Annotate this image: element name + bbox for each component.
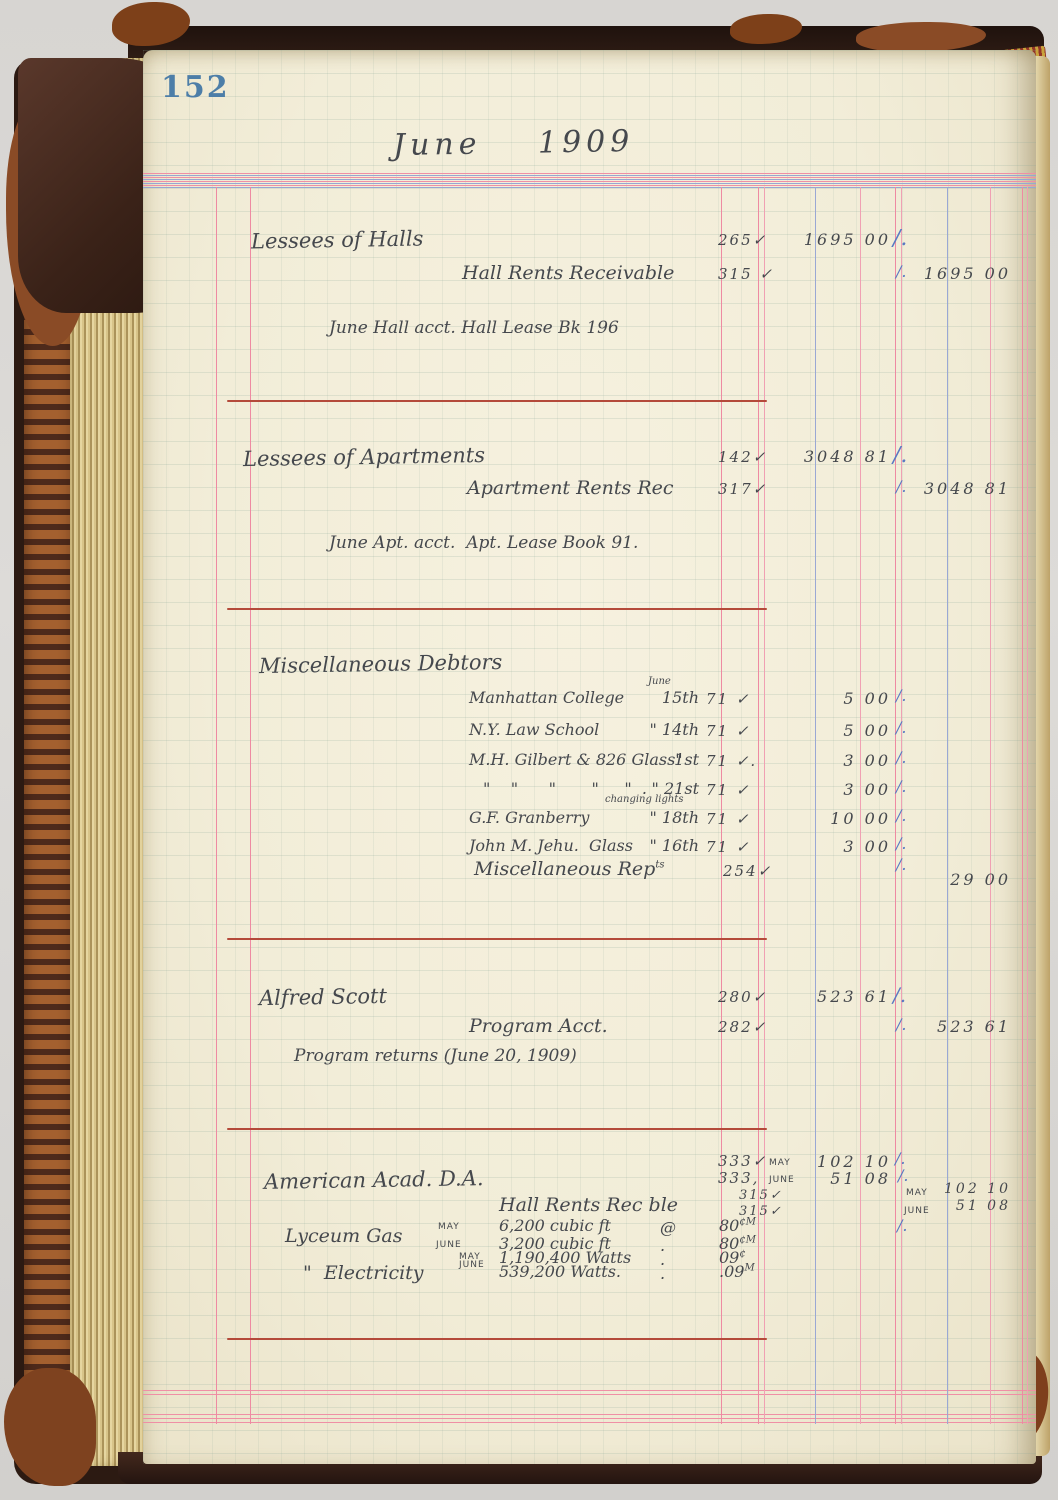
entry-separator xyxy=(227,608,767,610)
folio-number: 333, xyxy=(718,1169,759,1187)
page-number: 152 xyxy=(161,70,230,105)
rate-unit: ¢M xyxy=(739,1217,756,1228)
header-rule-band xyxy=(143,173,1036,188)
book-spine-stripes xyxy=(24,290,74,1462)
column-rule xyxy=(815,187,816,1424)
gutter-page-edge xyxy=(1034,56,1050,1456)
rate-unit: ¢ xyxy=(739,1249,745,1260)
folio-number: 333✓ xyxy=(718,1152,767,1170)
folio-number: 71 ✓ xyxy=(706,690,750,708)
month-label: MAY xyxy=(438,1222,460,1232)
posting-tick: ∕. xyxy=(896,806,906,825)
account-name: Lessees of Halls xyxy=(251,226,424,253)
folio-number: 280✓ xyxy=(718,988,767,1006)
posting-tick: ∕. xyxy=(893,983,906,1007)
usage-quantity: 6,200 cubic ft xyxy=(499,1216,611,1235)
column-rule xyxy=(764,187,765,1424)
debit-amount: 51 08 xyxy=(763,1169,891,1188)
debit-amount: 3 00 xyxy=(763,837,891,856)
column-rule xyxy=(860,187,861,1424)
item-date: " 18th xyxy=(595,808,699,827)
month-label: JUNE xyxy=(459,1260,485,1270)
rate-number: 80 xyxy=(719,1216,739,1235)
entry-separator xyxy=(227,1128,767,1130)
item-note: changing lights xyxy=(605,794,683,805)
footer-rule-band xyxy=(143,1414,1036,1424)
posting-tick: ∕. xyxy=(896,777,906,796)
credit-amount: 1695 00 xyxy=(903,264,1011,283)
column-rule xyxy=(758,187,759,1424)
column-rule xyxy=(1022,187,1023,1424)
rate-value: 80¢M xyxy=(719,1216,756,1235)
folio-number: 282✓ xyxy=(718,1018,767,1036)
posting-tick: ∕. xyxy=(897,1216,907,1235)
account-name: American Acad. D.A. xyxy=(264,1166,484,1194)
debit-amount: 5 00 xyxy=(763,689,891,708)
debtor-name: N.Y. Law School xyxy=(469,720,599,739)
contra-account-name: Hall Rents Rec ble xyxy=(499,1194,678,1216)
entry-memo: June Apt. acct. Apt. Lease Book 91. xyxy=(329,533,638,553)
posting-tick: ∕. xyxy=(893,226,907,251)
account-name: Alfred Scott xyxy=(259,984,387,1010)
rate-unit: M xyxy=(744,1263,754,1274)
contra-text: Miscellaneous Rep xyxy=(474,858,655,880)
debtor-name: G.F. Granberry xyxy=(469,808,589,827)
item-date: 15th xyxy=(595,688,699,707)
contra-account-name: Apartment Rents Rec xyxy=(467,477,674,499)
utility-label: " Electricity xyxy=(303,1262,424,1284)
debit-amount: 5 00 xyxy=(763,721,891,740)
page-title: June 1909 xyxy=(393,124,635,163)
entry-separator xyxy=(227,400,767,402)
column-rule xyxy=(216,187,217,1424)
debit-amount: 3 00 xyxy=(763,751,891,770)
credit-amount: 523 61 xyxy=(903,1017,1011,1036)
contra-account-name: Miscellaneous Repts xyxy=(474,858,664,880)
debit-amount: 3048 81 xyxy=(763,447,891,466)
account-name: Miscellaneous Debtors xyxy=(259,650,503,678)
rate-unit: ¢M xyxy=(739,1235,756,1246)
item-date: 1st xyxy=(595,750,699,769)
posting-tick: ∕. xyxy=(893,443,907,468)
credit-amount: 51 08 xyxy=(903,1198,1011,1214)
posting-tick: ∕. xyxy=(896,686,906,705)
entry-separator xyxy=(227,1338,767,1340)
folio-number: 315✓ xyxy=(739,1188,783,1203)
debit-amount: 3 00 xyxy=(763,780,891,799)
posting-tick: ∕. xyxy=(896,718,906,737)
rate-separator: @ xyxy=(660,1218,676,1237)
folio-number: 265✓ xyxy=(718,231,767,249)
folio-number: 71 ✓ xyxy=(706,781,750,799)
folio-number: 315 ✓ xyxy=(718,265,774,283)
utility-label: Lyceum Gas xyxy=(285,1225,402,1247)
item-date: " 14th xyxy=(595,720,699,739)
folio-number: 317✓ xyxy=(718,480,767,498)
rate-number: .09 xyxy=(719,1262,744,1281)
folio-number: 71 ✓ xyxy=(706,810,750,828)
account-name: Lessees of Apartments xyxy=(243,443,485,471)
ledger-page: 152 June 1909 Lessees of Halls 265✓ 1695… xyxy=(143,50,1036,1464)
folio-number: 142✓ xyxy=(718,448,767,466)
contra-account-name: Program Acct. xyxy=(469,1015,608,1037)
contra-account-name: Hall Rents Receivable xyxy=(462,262,674,284)
item-note: June xyxy=(648,676,671,687)
column-rule xyxy=(947,187,948,1424)
entry-memo: Program returns (June 20, 1909) xyxy=(294,1046,577,1066)
footer-rule-band xyxy=(143,1390,1036,1396)
posting-tick: ∕. xyxy=(896,748,906,767)
debit-amount: 523 61 xyxy=(763,987,891,1006)
column-rule xyxy=(1027,187,1028,1424)
folio-number: 254✓ xyxy=(723,862,772,880)
entry-memo: June Hall acct. Hall Lease Bk 196 xyxy=(329,318,619,338)
month-label: JUNE xyxy=(436,1240,462,1250)
column-rule xyxy=(990,187,991,1424)
folio-number: 71 ✓ xyxy=(706,722,750,740)
credit-amount: 3048 81 xyxy=(903,479,1011,498)
folio-number: 71 ✓. xyxy=(706,752,757,770)
rate-value: .09M xyxy=(719,1262,755,1281)
credit-amount: 102 10 xyxy=(903,1181,1011,1197)
usage-quantity: 539,200 Watts. xyxy=(499,1262,621,1281)
posting-tick: ∕. xyxy=(896,834,906,853)
item-date: " 16th xyxy=(595,836,699,855)
folio-number: 71 ✓ xyxy=(706,838,750,856)
debit-amount: 10 00 xyxy=(763,809,891,828)
column-rule xyxy=(250,187,251,1424)
debit-amount: 1695 00 xyxy=(763,230,891,249)
credit-amount: 29 00 xyxy=(903,870,1011,889)
contra-superscript: ts xyxy=(655,860,664,871)
entry-separator xyxy=(227,938,767,940)
rate-separator: . xyxy=(660,1264,665,1283)
